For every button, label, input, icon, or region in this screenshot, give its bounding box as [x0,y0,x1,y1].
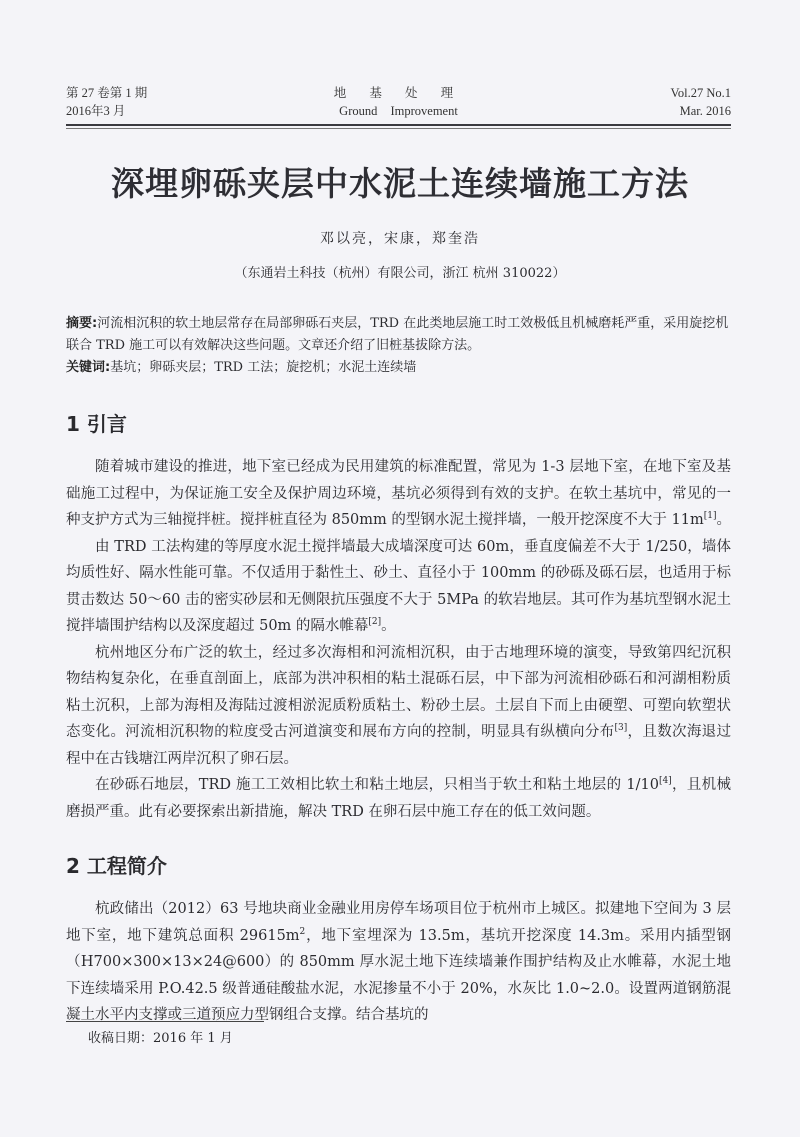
citation: [1] [704,511,717,521]
citation: [3] [614,723,627,733]
keywords-label: 关键词: [66,360,110,375]
keywords: 关键词:基坑；卵砾夹层；TRD 工法；旋挖机；水泥土连续墙 [66,357,731,379]
paragraph-text: 在砂砾石地层，TRD 施工工效相比软土和粘土地层，只相当于软土和粘土地层的 1/… [95,777,659,793]
paper-title: 深埋卵砾夹层中水泥土连续墙施工方法 [0,158,800,205]
abstract-text: 河流相沉积的软土地层常存在局部卵砾石夹层，TRD 在此类地层施工时工效极低且机械… [66,316,728,353]
paragraph: 杭州地区分布广泛的软土，经过多次海相和河流相沉积，由于古地理环境的演变，导致第四… [66,640,731,773]
paragraph: 杭政储出（2012）63 号地块商业金融业用房停车场项目位于杭州市上城区。拟建地… [66,896,731,1029]
abstract-block: 摘要:河流相沉积的软土地层常存在局部卵砾石夹层，TRD 在此类地层施工时工效极低… [66,313,731,379]
authors: 邓以亮，宋康，郑奎浩 [0,228,800,248]
section-heading-intro: 1 引言 [66,408,127,437]
affiliation: （东通岩土科技（杭州）有限公司，浙江 杭州 310022） [0,262,800,281]
paragraph: 随着城市建设的推进，地下室已经成为民用建筑的标准配置，常见为 1-3 层地下室，… [66,454,731,534]
paragraph: 在砂砾石地层，TRD 施工工效相比软土和粘土地层，只相当于软土和粘土地层的 1/… [66,772,731,825]
paragraph: 由 TRD 工法构建的等厚度水泥土搅拌墙最大成墙深度可达 60m，垂直度偏差不大… [66,534,731,640]
journal-name-en: Ground Improvement [66,102,731,120]
volume-issue-en: Vol.27 No.1 [670,84,731,102]
paper-page: 第 27 卷第 1 期 2016年3 月 地 基 处 理 Ground Impr… [0,0,800,1137]
received-date-footnote: 收稿日期：2016 年 1 月 [88,1027,233,1046]
section-body-project: 杭政储出（2012）63 号地块商业金融业用房停车场项目位于杭州市上城区。拟建地… [66,896,731,1029]
abstract: 摘要:河流相沉积的软土地层常存在局部卵砾石夹层，TRD 在此类地层施工时工效极低… [66,313,731,357]
section-heading-project: 2 工程简介 [66,850,167,879]
paragraph-text: 由 TRD 工法构建的等厚度水泥土搅拌墙最大成墙深度可达 60m，垂直度偏差不大… [66,539,731,635]
date-en: Mar. 2016 [670,102,731,120]
header-rule-thin [66,128,731,129]
citation: [4] [659,776,672,786]
header-center: 地 基 处 理 Ground Improvement [66,84,731,120]
citation: [2] [368,617,381,627]
running-header: 第 27 卷第 1 期 2016年3 月 地 基 处 理 Ground Impr… [66,84,731,124]
abstract-label: 摘要: [66,316,97,331]
journal-name-cn: 地 基 处 理 [66,84,731,102]
header-right: Vol.27 No.1 Mar. 2016 [670,84,731,120]
header-rule-thick [66,124,731,126]
paragraph-tail: 。 [716,512,731,528]
paragraph-text: 随着城市建设的推进，地下室已经成为民用建筑的标准配置，常见为 1-3 层地下室，… [66,459,731,528]
footnote-rule [66,1021,264,1022]
section-body-intro: 随着城市建设的推进，地下室已经成为民用建筑的标准配置，常见为 1-3 层地下室，… [66,454,731,825]
paragraph-tail: 。 [381,618,396,634]
keywords-text: 基坑；卵砾夹层；TRD 工法；旋挖机；水泥土连续墙 [110,360,416,375]
